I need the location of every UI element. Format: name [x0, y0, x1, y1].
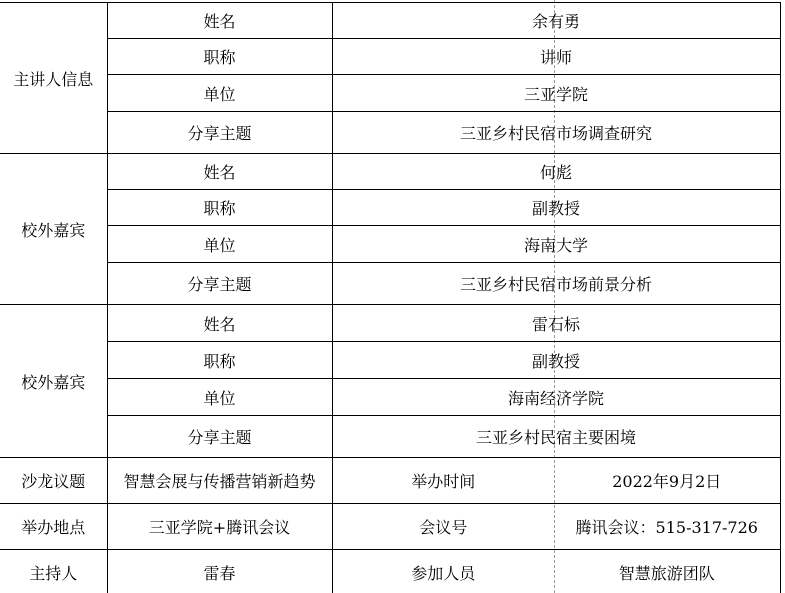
document-page: { "colors": { "border": "#000000", "page… — [0, 0, 785, 593]
table-row: 校外嘉宾 姓名 何彪 — [0, 154, 780, 190]
table-row: 沙龙议题 智慧会展与传播营销新趋势 举办时间 2022年9月2日 — [0, 458, 780, 504]
field-value-cell: 副教授 — [332, 190, 780, 226]
field-label-cell: 分享主题 — [107, 263, 332, 305]
group-label-cell: 主讲人信息 — [0, 3, 107, 154]
field-label-cell: 举办地点 — [0, 504, 107, 550]
field-label-cell: 单位 — [107, 379, 332, 416]
field-value-cell: 余有勇 — [332, 3, 780, 39]
field-value-cell: 智慧旅游团队 — [554, 550, 780, 593]
group-label-cell: 校外嘉宾 — [0, 305, 107, 458]
field-label-cell: 姓名 — [107, 3, 332, 39]
field-value-cell: 三亚乡村民宿主要困境 — [332, 416, 780, 458]
field-value-cell: 腾讯会议：515-317-726 — [554, 504, 780, 550]
field-label-cell: 姓名 — [107, 154, 332, 190]
table-row: 单位 海南经济学院 — [0, 379, 780, 416]
field-label-cell: 主持人 — [0, 550, 107, 593]
field-value-cell: 何彪 — [332, 154, 780, 190]
field-value-cell: 三亚学院 — [332, 75, 780, 112]
table-row: 单位 三亚学院 — [0, 75, 780, 112]
table-row: 单位 海南大学 — [0, 226, 780, 263]
table-row: 举办地点 三亚学院+腾讯会议 会议号 腾讯会议：515-317-726 — [0, 504, 780, 550]
field-label-cell: 举办时间 — [332, 458, 554, 504]
field-value-cell: 三亚乡村民宿市场调查研究 — [332, 112, 780, 154]
field-label-cell: 姓名 — [107, 305, 332, 342]
field-label-cell: 分享主题 — [107, 112, 332, 154]
field-value-cell: 海南大学 — [332, 226, 780, 263]
table-row: 主持人 雷春 参加人员 智慧旅游团队 — [0, 550, 780, 593]
table-row: 主讲人信息 姓名 余有勇 — [0, 3, 780, 39]
table-row: 校外嘉宾 姓名 雷石标 — [0, 305, 780, 342]
field-label-cell: 单位 — [107, 226, 332, 263]
table-row: 职称 副教授 — [0, 342, 780, 379]
field-label-cell: 单位 — [107, 75, 332, 112]
table-row: 分享主题 三亚乡村民宿市场调查研究 — [0, 112, 780, 154]
field-label-cell: 会议号 — [332, 504, 554, 550]
table-row: 职称 副教授 — [0, 190, 780, 226]
field-value-cell: 海南经济学院 — [332, 379, 780, 416]
field-value-cell: 智慧会展与传播营销新趋势 — [107, 458, 332, 504]
field-label-cell: 职称 — [107, 39, 332, 75]
table-row: 分享主题 三亚乡村民宿市场前景分析 — [0, 263, 780, 305]
field-label-cell: 分享主题 — [107, 416, 332, 458]
event-info-table: 主讲人信息 姓名 余有勇 职称 讲师 单位 三亚学院 分享主题 三亚乡村民宿市场… — [0, 2, 781, 593]
field-label-cell: 参加人员 — [332, 550, 554, 593]
table-row: 职称 讲师 — [0, 39, 780, 75]
field-label-cell: 职称 — [107, 342, 332, 379]
field-label-cell: 职称 — [107, 190, 332, 226]
field-value-cell: 讲师 — [332, 39, 780, 75]
field-label-cell: 沙龙议题 — [0, 458, 107, 504]
field-value-cell: 2022年9月2日 — [554, 458, 780, 504]
field-value-cell: 雷春 — [107, 550, 332, 593]
field-value-cell: 副教授 — [332, 342, 780, 379]
table-row: 分享主题 三亚乡村民宿主要困境 — [0, 416, 780, 458]
field-value-cell: 三亚学院+腾讯会议 — [107, 504, 332, 550]
field-value-cell: 三亚乡村民宿市场前景分析 — [332, 263, 780, 305]
group-label-cell: 校外嘉宾 — [0, 154, 107, 305]
field-value-cell: 雷石标 — [332, 305, 780, 342]
